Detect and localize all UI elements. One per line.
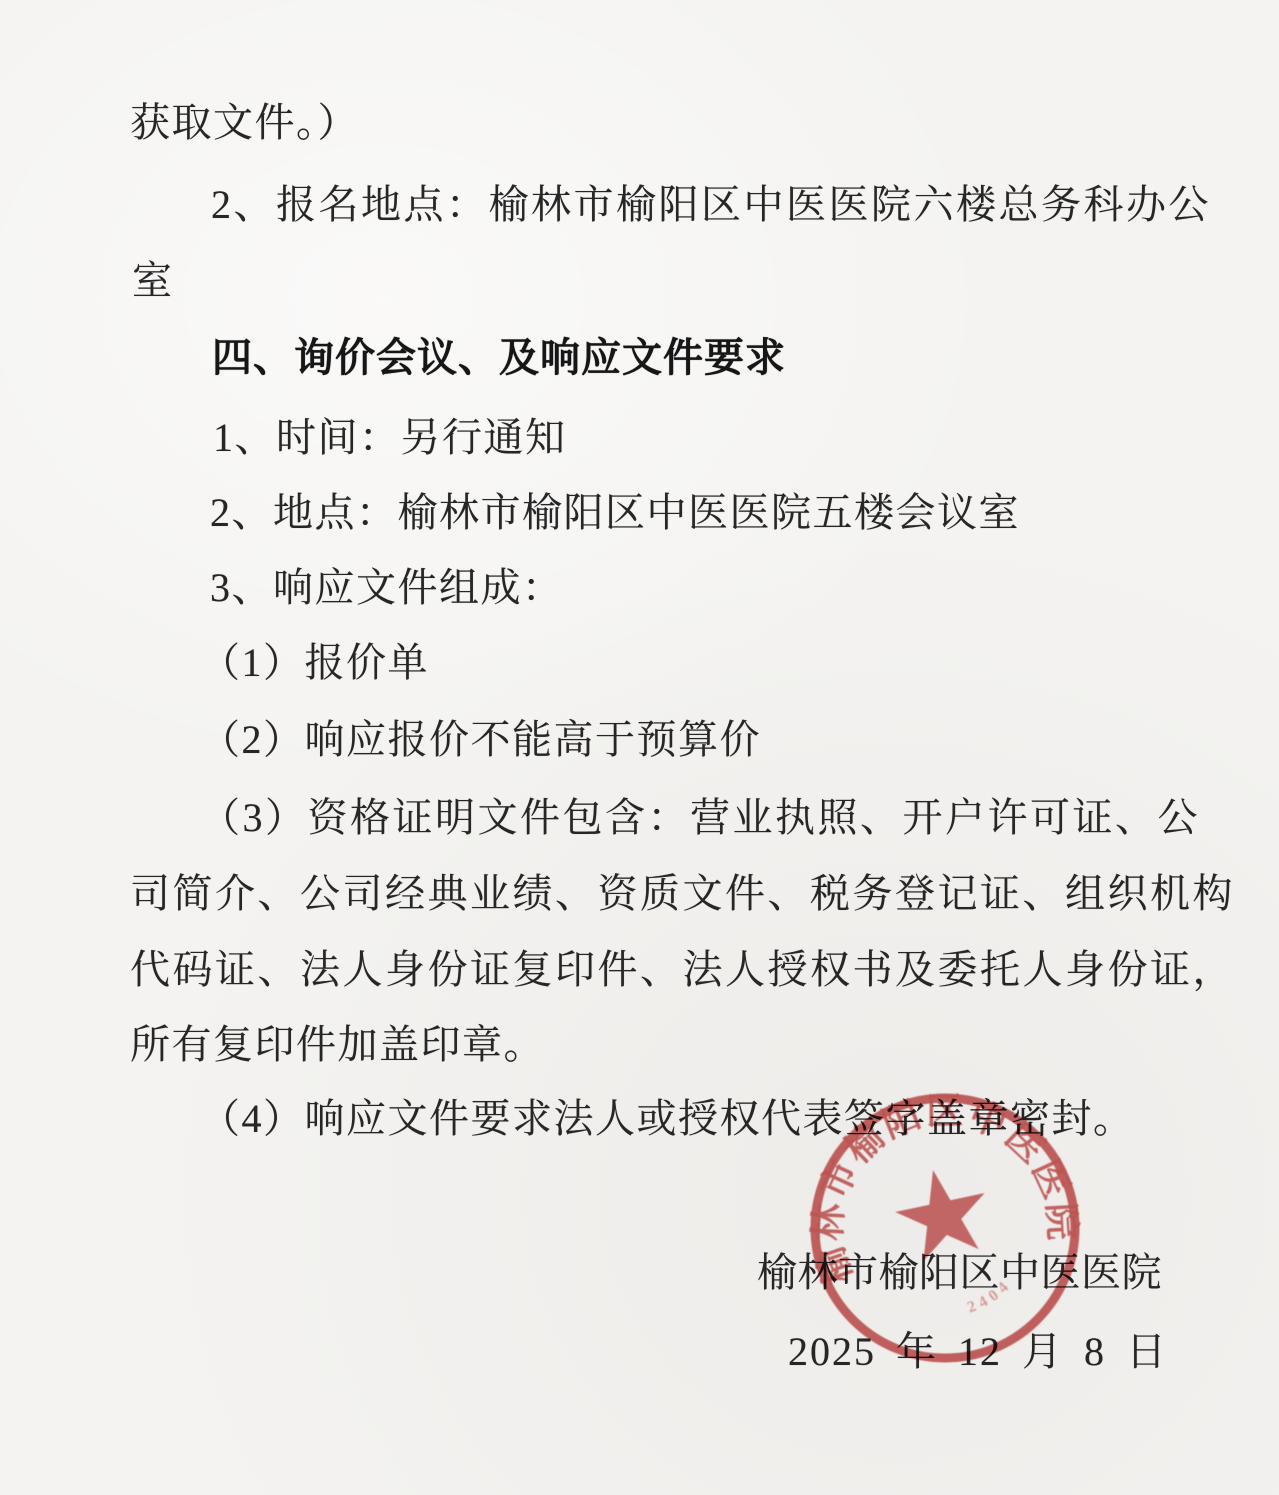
- doc-line: 3、响应文件组成：: [210, 566, 564, 611]
- seal-star-icon: [888, 1161, 995, 1265]
- section-heading: 四、询价会议、及响应文件要求: [212, 336, 786, 381]
- doc-line: （2）响应报价不能高于预算价: [200, 718, 761, 763]
- doc-line: 2、地点：榆林市榆阳区中医医院五楼会议室: [210, 491, 1020, 536]
- seal-ring-text: 榆林市榆阳区中医医院: [806, 1089, 1084, 1291]
- doc-line: 所有复印件加盖印章。: [130, 1023, 545, 1068]
- doc-line: （3）资格证明文件包含：营业执照、开户许可证、公: [200, 796, 1200, 841]
- doc-line: 代码证、法人身份证复印件、法人授权书及委托人身份证，: [130, 948, 1235, 993]
- official-seal: 榆林市榆阳区中医医院 2404: [806, 1089, 1084, 1367]
- doc-line: 获取文件。）: [130, 101, 359, 146]
- doc-line: 司简介、公司经典业绩、资质文件、税务登记证、组织机构: [130, 872, 1235, 917]
- doc-line: 2、报名地点：榆林市榆阳区中医医院六楼总务科办公: [211, 183, 1211, 228]
- doc-line: （1）报价单: [200, 641, 429, 686]
- document-page: 获取文件。） 2、报名地点：榆林市榆阳区中医医院六楼总务科办公 室 四、询价会议…: [0, 0, 1279, 1495]
- seal-serial: 2404: [962, 1274, 1019, 1317]
- doc-line: 室: [132, 259, 174, 304]
- doc-line: 1、时间：另行通知: [213, 416, 567, 461]
